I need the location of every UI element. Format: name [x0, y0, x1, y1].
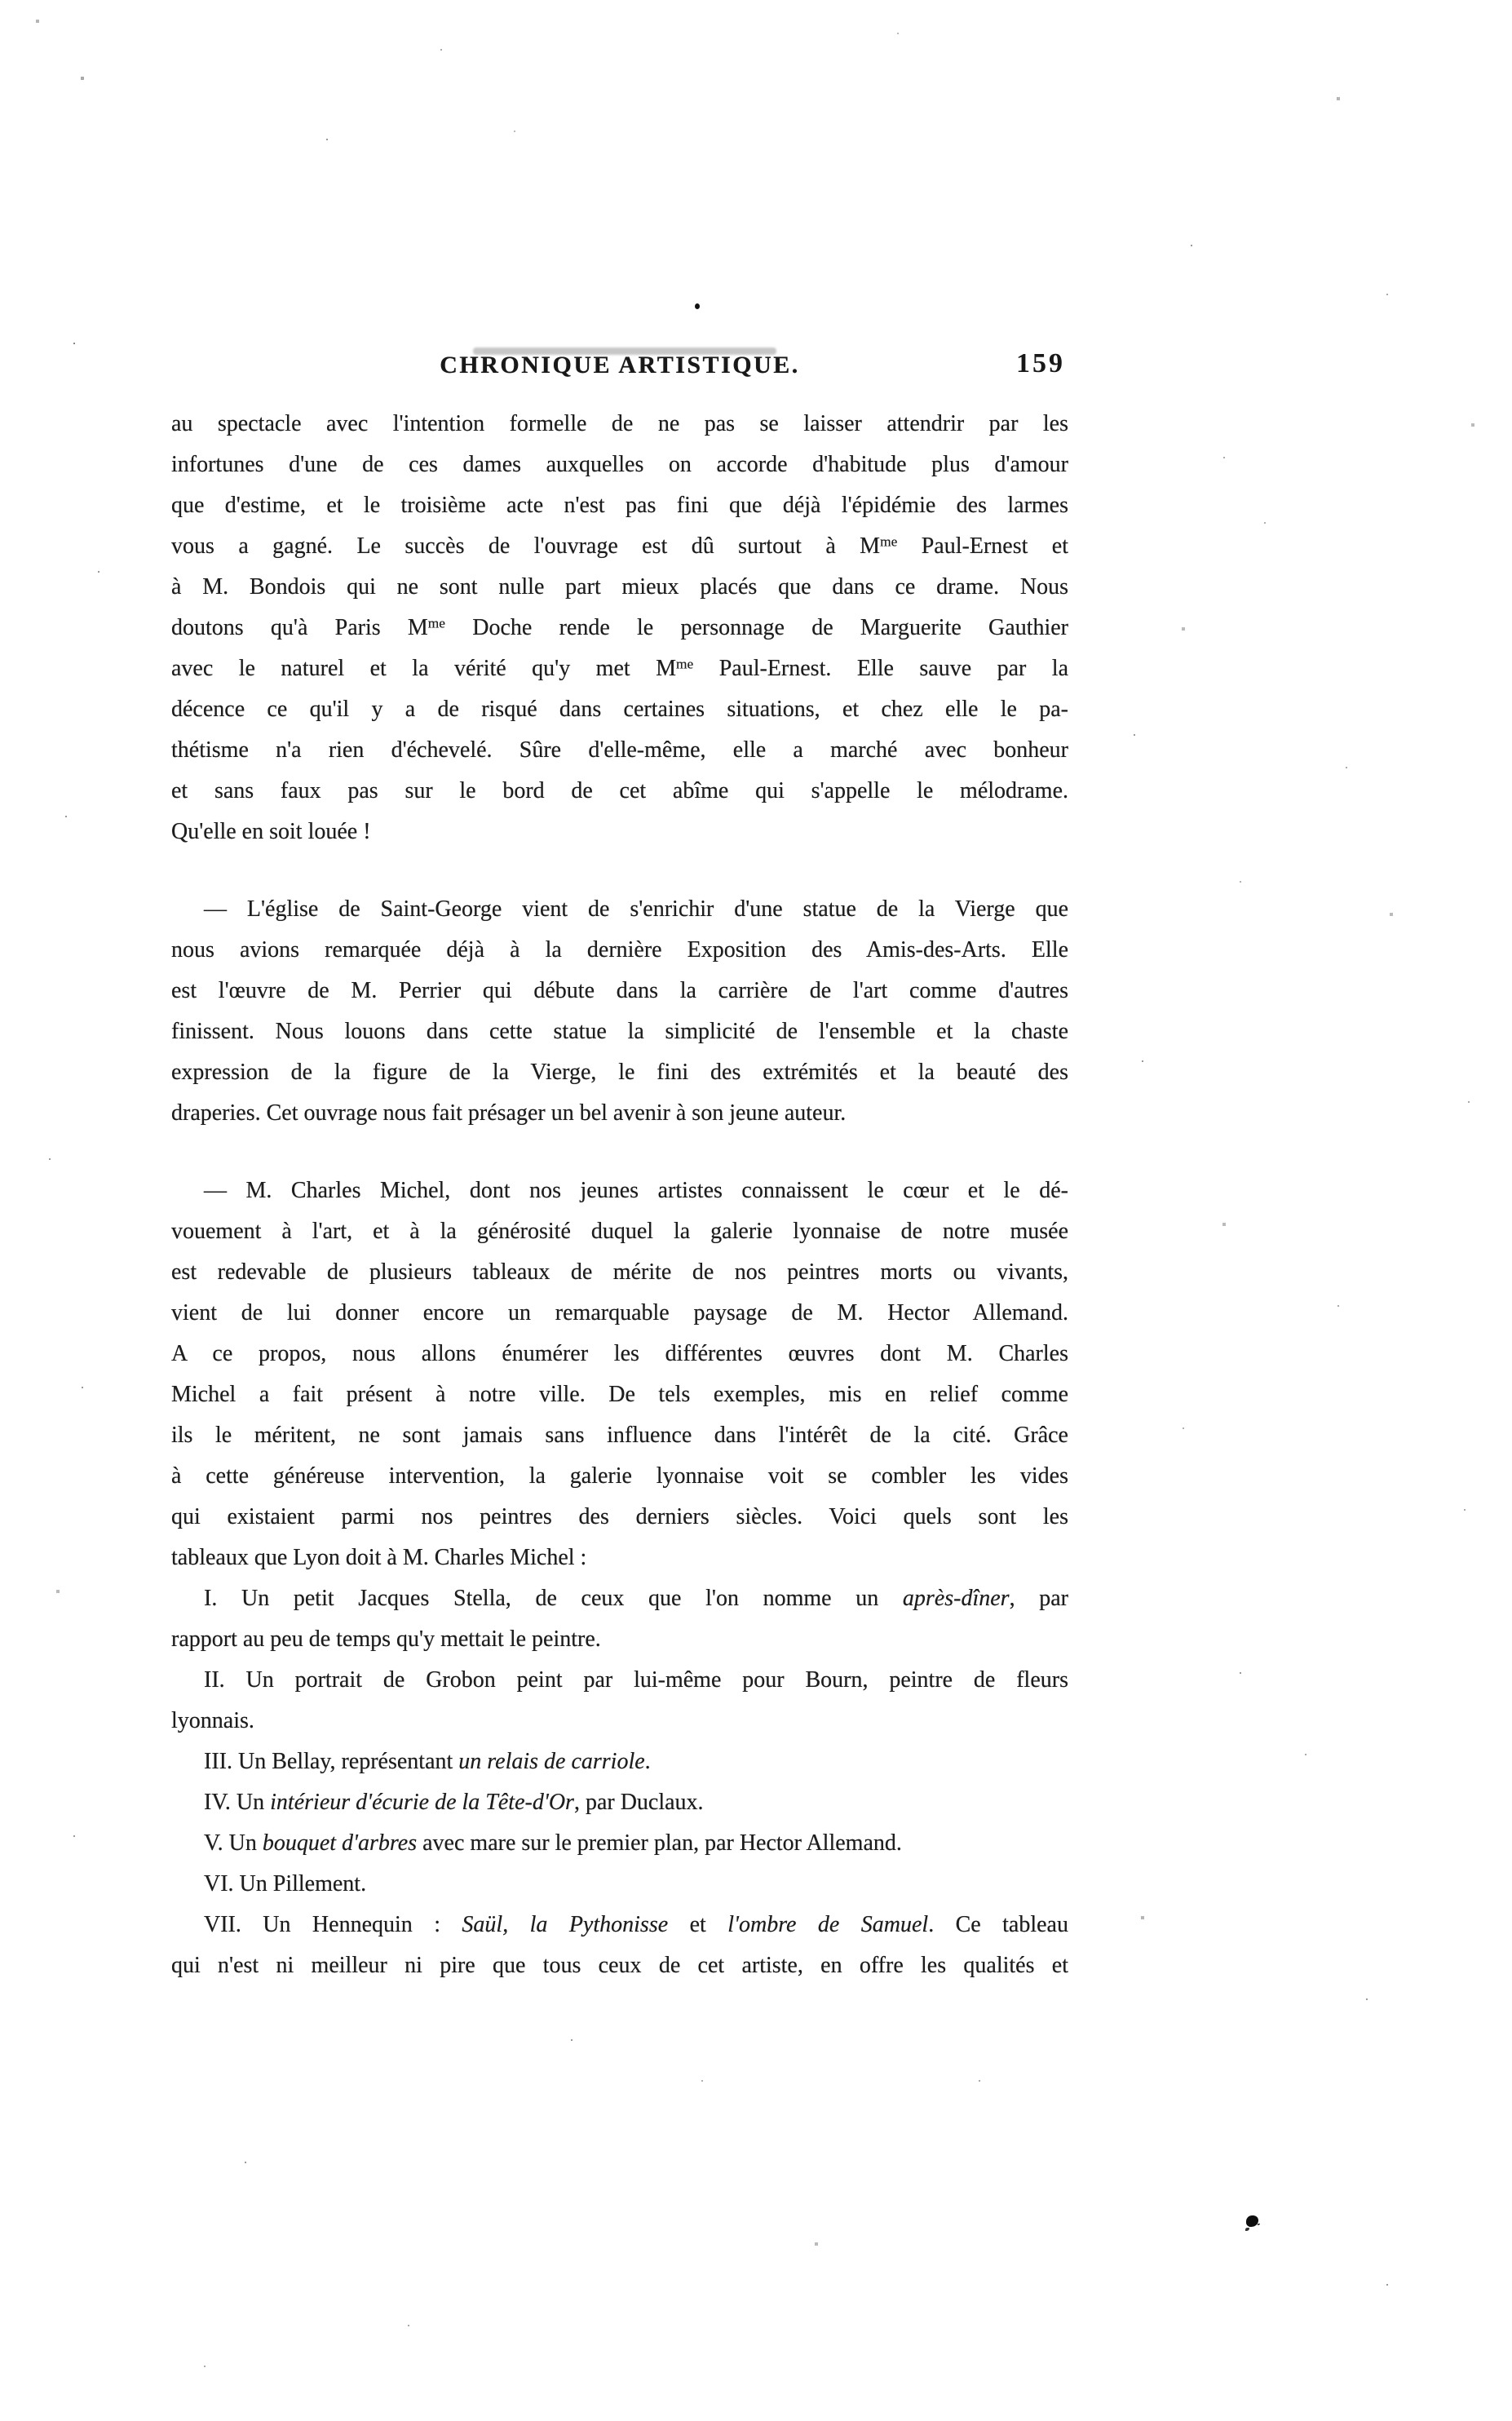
text-line: tableaux que Lyon doit à M. Charles Mich…: [171, 1538, 1068, 1578]
text-line: est redevable de plusieurs tableaux de m…: [171, 1252, 1068, 1293]
text-line: draperies. Cet ouvrage nous fait présage…: [171, 1093, 1068, 1134]
text-line: VI. Un Pillement.: [171, 1864, 1068, 1905]
text-line: Qu'elle en soit louée !: [171, 812, 1068, 852]
paragraph: IV. Un intérieur d'écurie de la Tête-d'O…: [171, 1782, 1068, 1823]
text-line: qui existaient parmi nos peintres des de…: [171, 1497, 1068, 1538]
ink-blot: [1246, 2215, 1258, 2227]
text-line: expression de la figure de la Vierge, le…: [171, 1052, 1068, 1093]
ink-speck: [695, 303, 700, 309]
text-line: — M. Charles Michel, dont nos jeunes art…: [171, 1171, 1068, 1211]
body-text-block: au spectacle avec l'intention formelle d…: [171, 404, 1068, 1986]
text-line: qui n'est ni meilleur ni pire que tous c…: [171, 1945, 1068, 1986]
text-line: avec le naturel et la vérité qu'y met Mm…: [171, 648, 1068, 689]
text-line: à cette généreuse intervention, la galer…: [171, 1456, 1068, 1497]
text-line: A ce propos, nous allons énumérer les di…: [171, 1334, 1068, 1374]
text-line: vous a gagné. Le succès de l'ouvrage est…: [171, 526, 1068, 567]
paragraph: VII. Un Hennequin : Saül, la Pythonisse …: [171, 1905, 1068, 1986]
text-line: V. Un bouquet d'arbres avec mare sur le …: [171, 1823, 1068, 1864]
text-line: ils le méritent, ne sont jamais sans inf…: [171, 1415, 1068, 1456]
text-line: finissent. Nous louons dans cette statue…: [171, 1011, 1068, 1052]
text-line: et sans faux pas sur le bord de cet abîm…: [171, 771, 1068, 812]
text-line: vouement à l'art, et à la générosité duq…: [171, 1211, 1068, 1252]
paragraph: — L'église de Saint-George vient de s'en…: [171, 889, 1068, 1134]
paragraph: V. Un bouquet d'arbres avec mare sur le …: [171, 1823, 1068, 1864]
paragraph: III. Un Bellay, représentant un relais d…: [171, 1742, 1068, 1782]
text-line: décence ce qu'il y a de risqué dans cert…: [171, 689, 1068, 730]
paragraph: — M. Charles Michel, dont nos jeunes art…: [171, 1171, 1068, 1578]
text-line: à M. Bondois qui ne sont nulle part mieu…: [171, 567, 1068, 608]
text-line: rapport au peu de temps qu'y mettait le …: [171, 1619, 1068, 1660]
text-line: doutons qu'à Paris Mme Doche rende le pe…: [171, 608, 1068, 648]
paragraph: VI. Un Pillement.: [171, 1864, 1068, 1905]
text-line: VII. Un Hennequin : Saül, la Pythonisse …: [171, 1905, 1068, 1945]
page-number: 159: [902, 348, 1065, 379]
scan-noise-specks: [0, 0, 2, 2]
scanned-book-page: CHRONIQUE ARTISTIQUE. 159 au spectacle a…: [0, 0, 1512, 2421]
text-line: IV. Un intérieur d'écurie de la Tête-d'O…: [171, 1782, 1068, 1823]
text-line: infortunes d'une de ces dames auxquelles…: [171, 445, 1068, 485]
paragraph: I. Un petit Jacques Stella, de ceux que …: [171, 1578, 1068, 1660]
text-line: que d'estime, et le troisième acte n'est…: [171, 485, 1068, 526]
text-line: — L'église de Saint-George vient de s'en…: [171, 889, 1068, 930]
text-line: I. Un petit Jacques Stella, de ceux que …: [171, 1578, 1068, 1619]
text-line: nous avions remarquée déjà à la dernière…: [171, 930, 1068, 971]
text-line: est l'œuvre de M. Perrier qui débute dan…: [171, 971, 1068, 1011]
text-line: au spectacle avec l'intention formelle d…: [171, 404, 1068, 445]
paragraph: II. Un portrait de Grobon peint par lui-…: [171, 1660, 1068, 1742]
text-line: thétisme n'a rien d'échevelé. Sûre d'ell…: [171, 730, 1068, 771]
text-line: II. Un portrait de Grobon peint par lui-…: [171, 1660, 1068, 1701]
text-line: Michel a fait présent à notre ville. De …: [171, 1374, 1068, 1415]
text-line: vient de lui donner encore un remarquabl…: [171, 1293, 1068, 1334]
paragraph: au spectacle avec l'intention formelle d…: [171, 404, 1068, 852]
text-line: III. Un Bellay, représentant un relais d…: [171, 1742, 1068, 1782]
text-line: lyonnais.: [171, 1701, 1068, 1742]
